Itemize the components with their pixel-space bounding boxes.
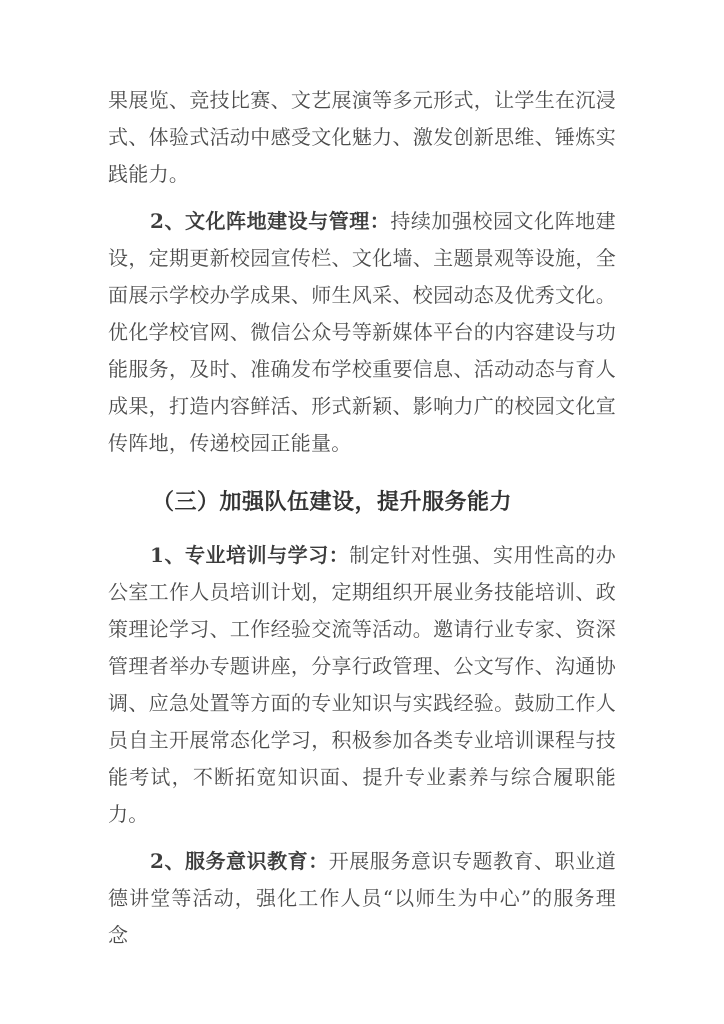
paragraph-lead-culture-position: 2、文化阵地建设与管理： bbox=[150, 209, 390, 233]
paragraph-lead-service-awareness: 2、服务意识教育： bbox=[150, 849, 329, 873]
paragraph-body-professional-training: 制定针对性强、实用性高的办公室工作人员培训计划，定期组织开展业务技能培训、政策理… bbox=[108, 543, 616, 826]
document-content: 果展览、竞技比赛、文艺展演等多元形式，让学生在沉浸式、体验式活动中感受文化魅力、… bbox=[108, 82, 616, 964]
paragraph-culture-position: 2、文化阵地建设与管理：持续加强校园文化阵地建设，定期更新校园宣传栏、文化墙、主… bbox=[108, 203, 616, 462]
paragraph-professional-training: 1、专业培训与学习：制定针对性强、实用性高的办公室工作人员培训计划，定期组织开展… bbox=[108, 537, 616, 833]
section-heading-team-building: （三）加强队伍建设，提升服务能力 bbox=[108, 484, 616, 521]
document-page: 果展览、竞技比赛、文艺展演等多元形式，让学生在沉浸式、体验式活动中感受文化魅力、… bbox=[0, 0, 724, 1024]
paragraph-continuation: 果展览、竞技比赛、文艺展演等多元形式，让学生在沉浸式、体验式活动中感受文化魅力、… bbox=[108, 82, 616, 193]
paragraph-lead-professional-training: 1、专业培训与学习： bbox=[150, 543, 349, 567]
paragraph-body-culture-position: 持续加强校园文化阵地建设，定期更新校园宣传栏、文化墙、主题景观等设施，全面展示学… bbox=[108, 209, 616, 455]
paragraph-service-awareness: 2、服务意识教育：开展服务意识专题教育、职业道德讲堂等活动，强化工作人员“以师生… bbox=[108, 843, 616, 954]
